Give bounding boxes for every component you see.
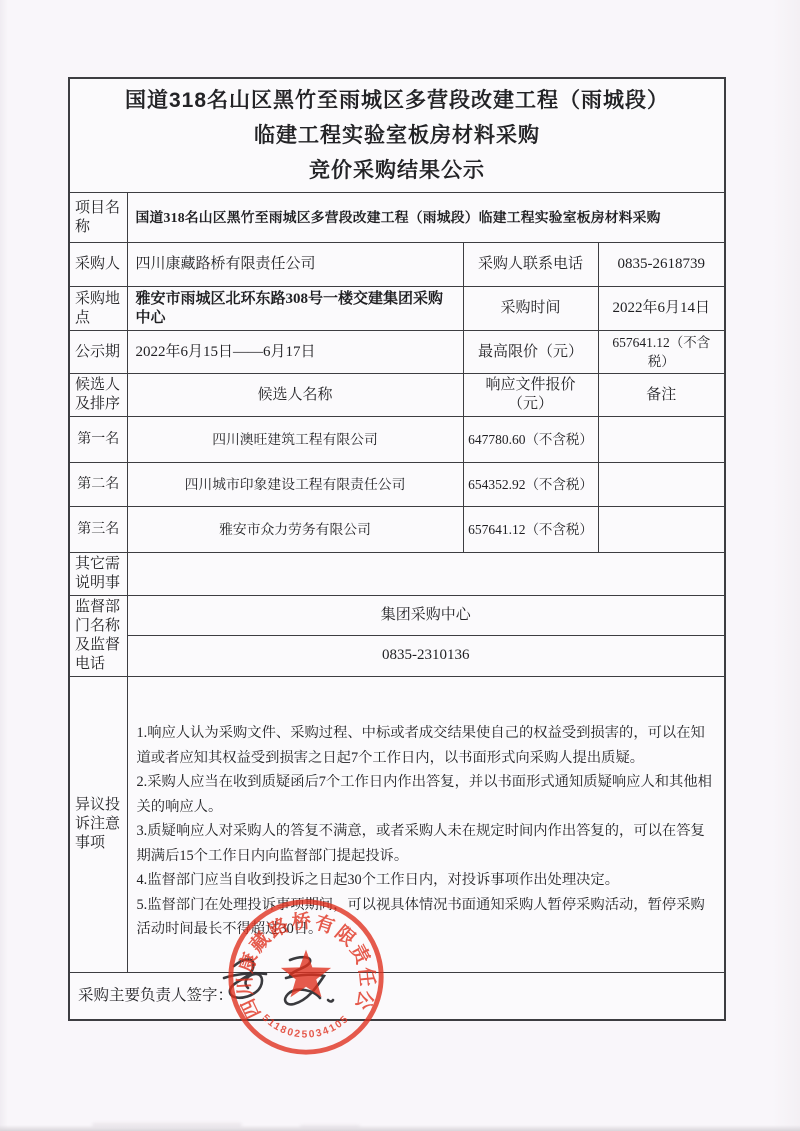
time-label: 采购时间	[463, 287, 598, 331]
candidate-1-price: 647780.60（不含税）	[463, 417, 598, 463]
buyer-phone-value: 0835-2618739	[598, 243, 725, 287]
scanned-page: 国道318名山区黑竹至雨城区多营段改建工程（雨城段） 临建工程实验室板房材料采购…	[0, 0, 800, 1131]
max-price-value: 657641.12（不含税）	[598, 331, 725, 374]
supervision-label: 监督部门名称及监督电话	[69, 596, 127, 677]
company-seal-stamp: 四川康藏路桥有限责任公司 5118025034105	[223, 894, 389, 1060]
buyer-label: 采购人	[69, 243, 127, 287]
other-notes-row: 其它需说明事	[69, 553, 725, 596]
candidate-2-rank: 第二名	[69, 463, 127, 507]
location-label: 采购地点	[69, 287, 127, 331]
candidate-3-remark	[598, 507, 725, 553]
supervision-phone: 0835-2310136	[127, 635, 725, 676]
publicity-label: 公示期	[69, 331, 127, 374]
title-line-2: 临建工程实验室板房材料采购	[71, 118, 723, 153]
supervision-row-1: 监督部门名称及监督电话 集团采购中心	[69, 596, 725, 636]
title-line-3: 竞价采购结果公示	[71, 153, 723, 188]
notice-paragraph-1: 1.响应人认为采购文件、采购过程、中标或者成交结果使自己的权益受到损害的，可以在…	[137, 721, 717, 770]
procurement-result-table: 国道318名山区黑竹至雨城区多营段改建工程（雨城段） 临建工程实验室板房材料采购…	[68, 77, 726, 1021]
buyer-phone-label: 采购人联系电话	[463, 243, 598, 287]
candidate-row-2: 第二名 四川城市印象建设工程有限责任公司 654352.92（不含税）	[69, 463, 725, 507]
candidate-remark-header: 备注	[598, 374, 725, 417]
notice-paragraph-2: 2.采购人应当在收到质疑函后7个工作日内作出答复，并以书面形式通知质疑响应人和其…	[137, 770, 717, 819]
page-bottom-edge	[0, 1125, 800, 1131]
candidate-3-name: 雅安市众力劳务有限公司	[127, 507, 463, 553]
project-name-value: 国道318名山区黑竹至雨城区多营段改建工程（雨城段）临建工程实验室板房材料采购	[127, 193, 725, 243]
notice-paragraph-3: 3.质疑响应人对采购人的答复不满意，或者采购人未在规定时间内作出答复的，可以在答…	[137, 819, 717, 868]
candidate-row-3: 第三名 雅安市众力劳务有限公司 657641.12（不含税）	[69, 507, 725, 553]
candidate-2-remark	[598, 463, 725, 507]
svg-text:四川康藏路桥有限责任公司: 四川康藏路桥有限责任公司	[223, 894, 379, 1022]
supervision-row-2: 0835-2310136	[69, 635, 725, 676]
candidate-2-price: 654352.92（不含税）	[463, 463, 598, 507]
candidates-header-row: 候选人及排序 候选人名称 响应文件报价（元） 备注	[69, 374, 725, 417]
supervision-department: 集团采购中心	[127, 596, 725, 636]
signature-cell: 采购主要负责人签字：	[69, 973, 725, 1020]
candidate-3-price: 657641.12（不含税）	[463, 507, 598, 553]
candidate-1-remark	[598, 417, 725, 463]
seal-company-text: 四川康藏路桥有限责任公司	[223, 894, 379, 1022]
title-row: 国道318名山区黑竹至雨城区多营段改建工程（雨城段） 临建工程实验室板房材料采购…	[69, 78, 725, 193]
max-price-label: 最高限价（元）	[463, 331, 598, 374]
location-row: 采购地点 雅安市雨城区北环东路308号一楼交建集团采购中心 采购时间 2022年…	[69, 287, 725, 331]
candidate-price-header: 响应文件报价（元）	[463, 374, 598, 417]
signature-row: 采购主要负责人签字：	[69, 973, 725, 1020]
seal-number-text: 5118025034105	[260, 1013, 352, 1041]
document-title: 国道318名山区黑竹至雨城区多营段改建工程（雨城段） 临建工程实验室板房材料采购…	[69, 78, 725, 193]
candidate-row-1: 第一名 四川澳旺建筑工程有限公司 647780.60（不含税）	[69, 417, 725, 463]
title-line-1: 国道318名山区黑竹至雨城区多营段改建工程（雨城段）	[71, 83, 723, 118]
candidate-2-name: 四川城市印象建设工程有限责任公司	[127, 463, 463, 507]
other-notes-label: 其它需说明事	[69, 553, 127, 596]
candidate-rank-header: 候选人及排序	[69, 374, 127, 417]
project-name-label: 项目名称	[69, 193, 127, 243]
notice-paragraph-4: 4.监督部门应当自收到投诉之日起30个工作日内，对投诉事项作出处理决定。	[137, 868, 717, 893]
candidate-name-header: 候选人名称	[127, 374, 463, 417]
location-value: 雅安市雨城区北环东路308号一楼交建集团采购中心	[127, 287, 463, 331]
publicity-value: 2022年6月15日——6月17日	[127, 331, 463, 374]
candidate-1-name: 四川澳旺建筑工程有限公司	[127, 417, 463, 463]
svg-text:5118025034105: 5118025034105	[260, 1013, 352, 1041]
candidate-1-rank: 第一名	[69, 417, 127, 463]
time-value: 2022年6月14日	[598, 287, 725, 331]
project-name-row: 项目名称 国道318名山区黑竹至雨城区多营段改建工程（雨城段）临建工程实验室板房…	[69, 193, 725, 243]
buyer-value: 四川康藏路桥有限责任公司	[127, 243, 463, 287]
notice-label: 异议投诉注意事项	[69, 677, 127, 973]
buyer-row: 采购人 四川康藏路桥有限责任公司 采购人联系电话 0835-2618739	[69, 243, 725, 287]
publicity-row: 公示期 2022年6月15日——6月17日 最高限价（元） 657641.12（…	[69, 331, 725, 374]
seal-star-icon	[281, 950, 331, 998]
candidate-3-rank: 第三名	[69, 507, 127, 553]
notice-row: 异议投诉注意事项 1.响应人认为采购文件、采购过程、中标或者成交结果使自己的权益…	[69, 677, 725, 973]
signature-label: 采购主要负责人签字：	[78, 987, 233, 1004]
notice-content: 1.响应人认为采购文件、采购过程、中标或者成交结果使自己的权益受到损害的，可以在…	[127, 677, 725, 973]
other-notes-value	[127, 553, 725, 596]
